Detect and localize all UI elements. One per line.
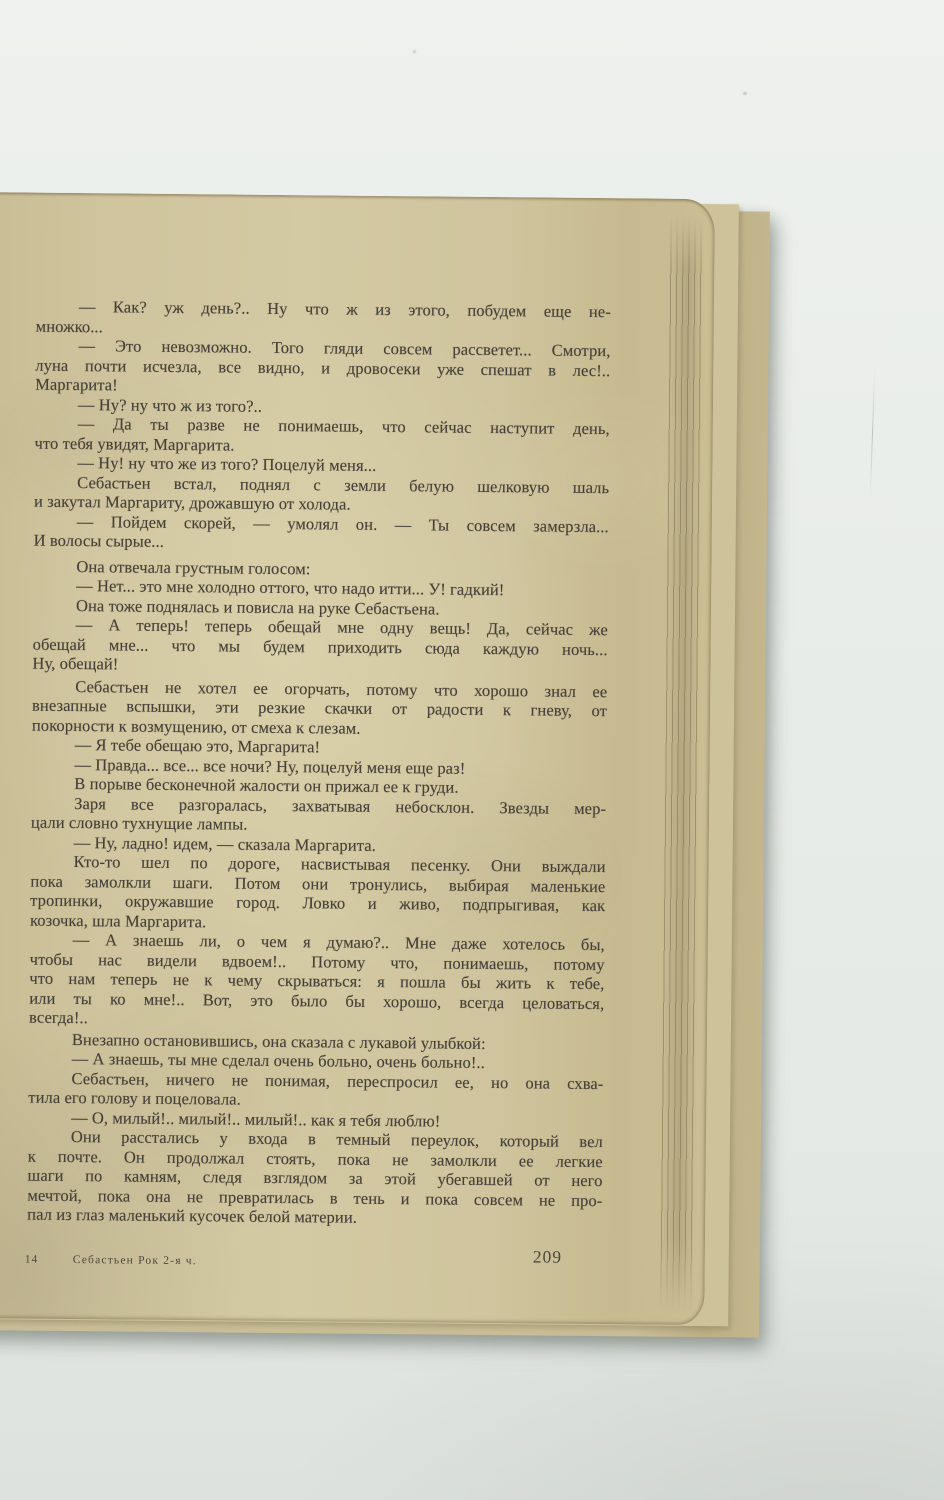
scanned-book-photo: — Как? уж день?.. Ну что ж из этого, поб… xyxy=(0,0,944,1500)
paragraph: — А теперь! теперь обещай мне одну вещь!… xyxy=(32,615,608,679)
dust-speck xyxy=(413,50,416,53)
dust-speck xyxy=(743,92,747,95)
book-page: — Как? уж день?.. Ну что ж из этого, поб… xyxy=(0,192,715,1325)
paragraph: Они расстались у входа в темный переулок… xyxy=(27,1127,603,1230)
page-text-block: — Как? уж день?.. Ну что ж из этого, поб… xyxy=(27,297,611,1230)
footer-running-title: Себастьен Рок 2-я ч. xyxy=(73,1254,197,1267)
paragraph: — Пойдем скорей, — умолял он. — Ты совсе… xyxy=(34,511,609,556)
paragraph: Заря все разгоралась, захватывая небоскл… xyxy=(31,793,606,838)
paragraph: — Да ты разве не понимаешь, что сейчас н… xyxy=(35,414,610,459)
footer-signature-number: 14 xyxy=(25,1254,39,1266)
book-page-stack: — Как? уж день?.. Ну что ж из этого, поб… xyxy=(0,192,715,1325)
page-edge-ridges xyxy=(658,215,705,1313)
paragraph: Себастьен встал, поднял с земли белую ше… xyxy=(34,472,609,517)
paragraph: Себастьен, ничего не понимая, переспроси… xyxy=(28,1068,603,1113)
paragraph: — А знаешь ли, о чем я думаю?.. Мне даже… xyxy=(29,930,605,1033)
paragraph: — Это невозможно. Того гляди совсем расс… xyxy=(35,336,611,400)
page-number: 209 xyxy=(533,1246,562,1267)
paragraph: Кто-то шел по дороге, насвистывая песенк… xyxy=(30,852,606,936)
paragraph: Себастьен не хотел ее огорчать, потому ч… xyxy=(32,676,608,740)
page-footer: 14 Себастьен Рок 2-я ч. 209 xyxy=(27,1250,602,1280)
paragraph: — Как? уж день?.. Ну что ж из этого, поб… xyxy=(36,297,611,342)
background-crease xyxy=(870,368,876,498)
